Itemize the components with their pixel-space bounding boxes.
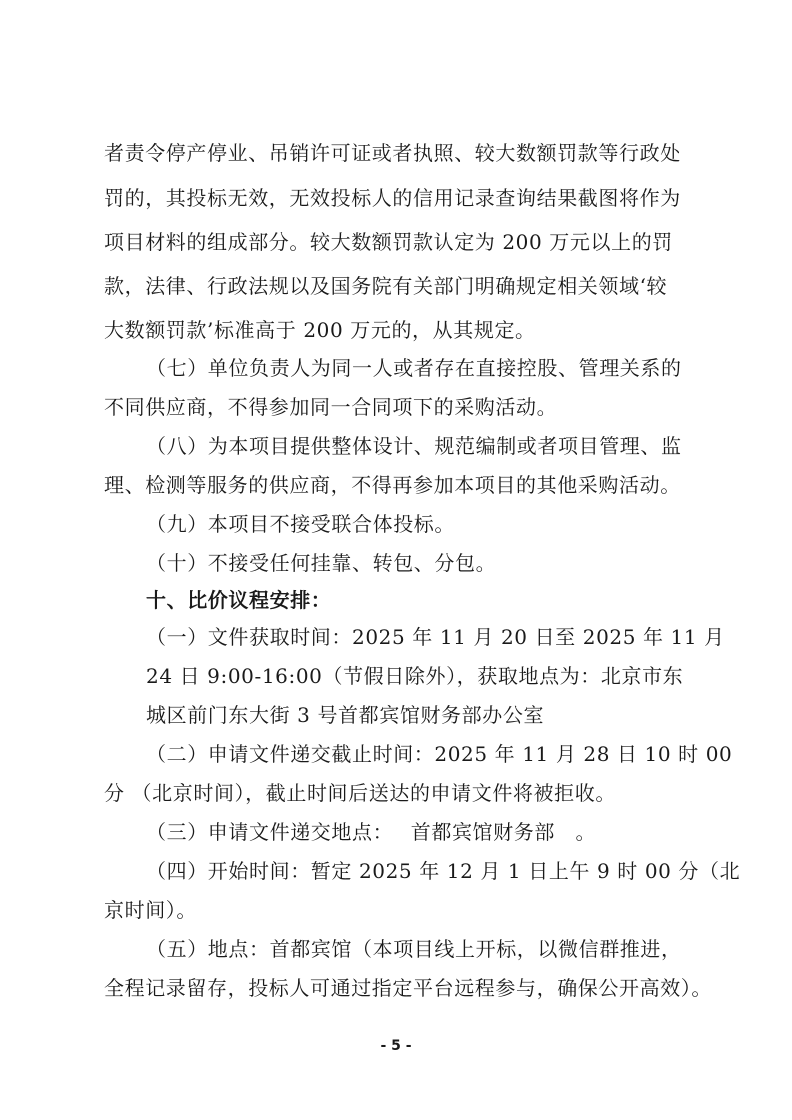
- text-line: 24 日 9:00-16:00（节假日除外），获取地点为：北京市东: [146, 663, 736, 689]
- text-line: （五）地点：首都宾馆（本项目线上开标，以微信群推进，: [146, 936, 736, 962]
- text-line: 京时间）。: [104, 897, 694, 923]
- text-line: 罚的，其投标无效，无效投标人的信用记录查询结果截图将作为: [104, 185, 694, 211]
- text-line: （三）申请文件递交地点： 首都宾馆财务部 。: [146, 819, 736, 845]
- text-line: 理、检测等服务的供应商，不得再参加本项目的其他采购活动。: [104, 472, 694, 498]
- text-line: （二）申请文件递交截止时间：2025 年 11 月 28 日 10 时 00: [146, 741, 736, 767]
- text-line: （十）不接受任何挂靠、转包、分包。: [146, 550, 736, 576]
- text-line: 不同供应商，不得参加同一合同项下的采购活动。: [104, 394, 694, 420]
- text-line: （九）本项目不接受联合体投标。: [146, 511, 736, 537]
- text-line: 款，法律、行政法规以及国务院有关部门明确规定相关领域‘较: [104, 273, 694, 299]
- section-heading: 十、比价议程安排：: [146, 587, 736, 613]
- page-number: - 5 -: [0, 1038, 792, 1054]
- text-line: 分 （北京时间），截止时间后送达的申请文件将被拒收。: [104, 780, 694, 806]
- text-line: 者责令停产停业、吊销许可证或者执照、较大数额罚款等行政处: [104, 140, 694, 166]
- text-line: （四）开始时间：暂定 2025 年 12 月 1 日上午 9 时 00 分（北: [146, 858, 736, 884]
- text-line: （一）文件获取时间：2025 年 11 月 20 日至 2025 年 11 月: [146, 624, 736, 650]
- text-line: 项目材料的组成部分。较大数额罚款认定为 200 万元以上的罚: [104, 229, 694, 255]
- text-line: 大数额罚款’标准高于 200 万元的，从其规定。: [104, 317, 694, 343]
- text-line: 城区前门东大街 3 号首都宾馆财务部办公室: [146, 702, 736, 728]
- text-line: 全程记录留存，投标人可通过指定平台远程参与，确保公开高效）。: [104, 975, 694, 1001]
- text-line: （八）为本项目提供整体设计、规范编制或者项目管理、监: [146, 433, 736, 459]
- text-line: （七）单位负责人为同一人或者存在直接控股、管理关系的: [146, 355, 736, 381]
- document-page: 者责令停产停业、吊销许可证或者执照、较大数额罚款等行政处罚的，其投标无效，无效投…: [0, 0, 792, 1120]
